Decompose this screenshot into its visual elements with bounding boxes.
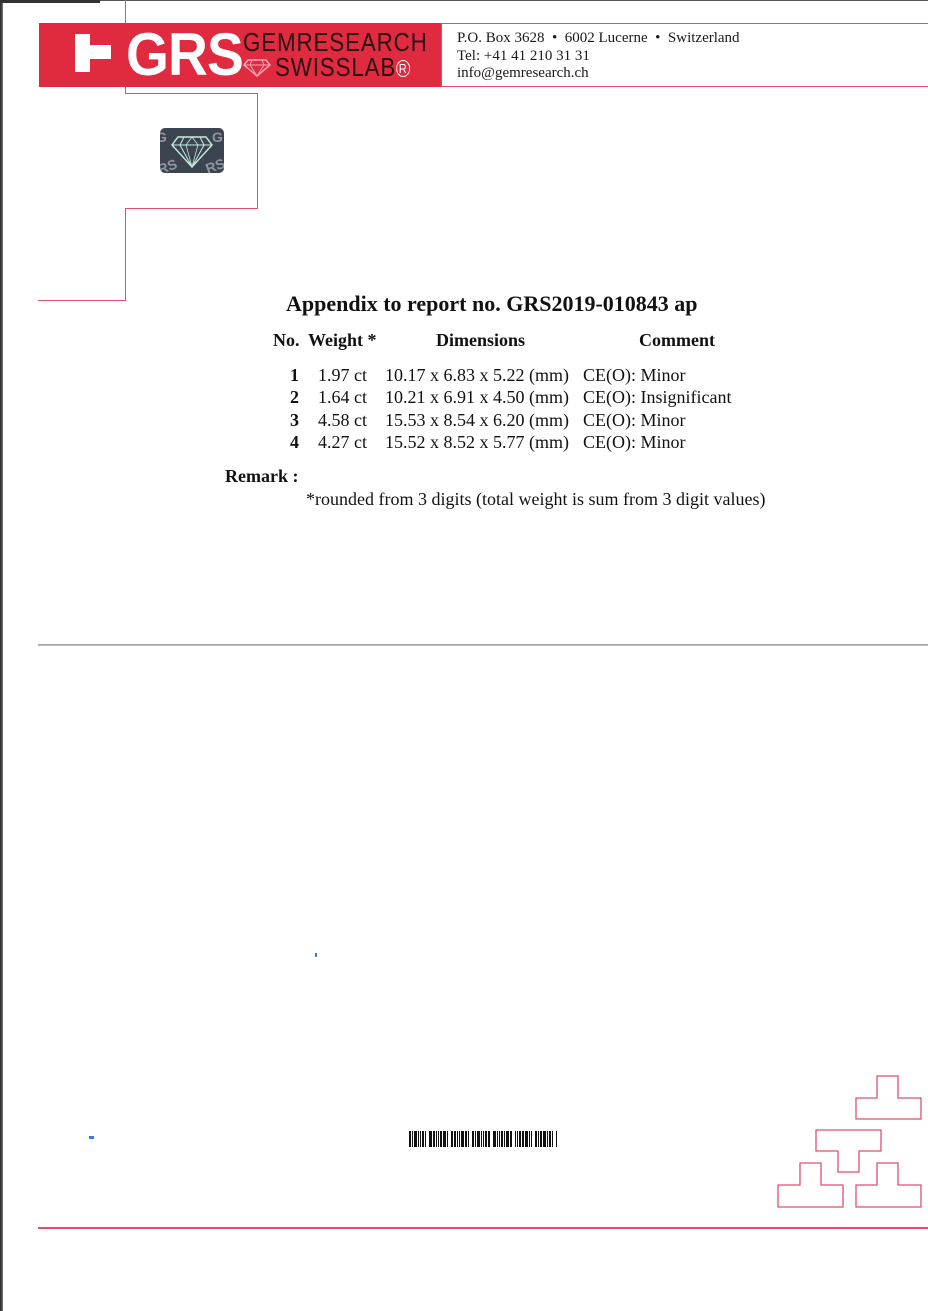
scan-edge-top <box>0 0 100 3</box>
brand-logo: GRS GEMRESEARCH SWISSLABR <box>39 23 441 87</box>
barcode-icon <box>409 1131 558 1147</box>
column-header-comment: Comment <box>639 329 715 351</box>
registered-mark: R <box>396 60 410 77</box>
hologram-seal: G G RS RS <box>160 128 224 173</box>
scan-edge-top-line <box>100 0 928 1</box>
row-dimensions: 15.52 x 8.52 x 5.77 (mm) <box>385 431 569 453</box>
contact-address: P.O. Box 3628 • 6002 Lucerne • Switzerla… <box>457 30 740 47</box>
remark-label: Remark : <box>225 465 298 487</box>
scan-edge <box>0 0 3 1311</box>
row-weight: 1.64 ct <box>318 386 367 408</box>
row-no: 2 <box>290 386 299 408</box>
row-no: 4 <box>290 431 299 453</box>
svg-text:RS: RS <box>160 156 179 173</box>
svg-text:G: G <box>212 129 223 145</box>
swiss-cross-icon <box>75 34 119 72</box>
hologram-diamond-icon: G G RS RS <box>160 128 224 173</box>
contact-box: P.O. Box 3628 • 6002 Lucerne • Switzerla… <box>441 23 928 87</box>
brand-grs: GRS <box>126 25 243 85</box>
diamond-icon <box>243 59 271 77</box>
fold-line-divider <box>38 644 928 646</box>
column-header-dimensions: Dimensions <box>436 329 525 351</box>
scan-speck <box>315 953 317 957</box>
brand-name-line2: SWISSLABR <box>275 53 410 83</box>
frame-line <box>38 300 126 301</box>
page-title: Appendix to report no. GRS2019-010843 ap <box>286 290 698 318</box>
row-comment: CE(O): Minor <box>583 364 686 386</box>
svg-text:G: G <box>160 129 167 145</box>
scan-speck <box>89 1136 94 1139</box>
row-comment: CE(O): Minor <box>583 431 686 453</box>
row-weight: 4.27 ct <box>318 431 367 453</box>
contact-email: info@gemresearch.ch <box>457 65 589 82</box>
contact-tel: Tel: +41 41 210 31 31 <box>457 48 590 65</box>
row-comment: CE(O): Insignificant <box>583 386 731 408</box>
row-no: 1 <box>290 364 299 386</box>
footer-rule <box>38 1227 928 1229</box>
frame-line <box>125 208 126 301</box>
frame-line <box>125 208 258 209</box>
column-header-no: No. <box>273 329 300 351</box>
column-header-weight: Weight * <box>308 329 377 351</box>
frame-line <box>125 93 258 94</box>
row-dimensions: 10.21 x 6.91 x 4.50 (mm) <box>385 386 569 408</box>
remark-text: *rounded from 3 digits (total weight is … <box>306 488 765 510</box>
svg-text:RS: RS <box>203 155 224 173</box>
row-weight: 1.97 ct <box>318 364 367 386</box>
row-weight: 4.58 ct <box>318 409 367 431</box>
t-shapes-logo-icon <box>770 1068 928 1213</box>
frame-line <box>257 93 258 209</box>
row-dimensions: 10.17 x 6.83 x 5.22 (mm) <box>385 364 569 386</box>
row-comment: CE(O): Minor <box>583 409 686 431</box>
row-no: 3 <box>290 409 299 431</box>
frame-line <box>125 0 126 23</box>
row-dimensions: 15.53 x 8.54 x 6.20 (mm) <box>385 409 569 431</box>
